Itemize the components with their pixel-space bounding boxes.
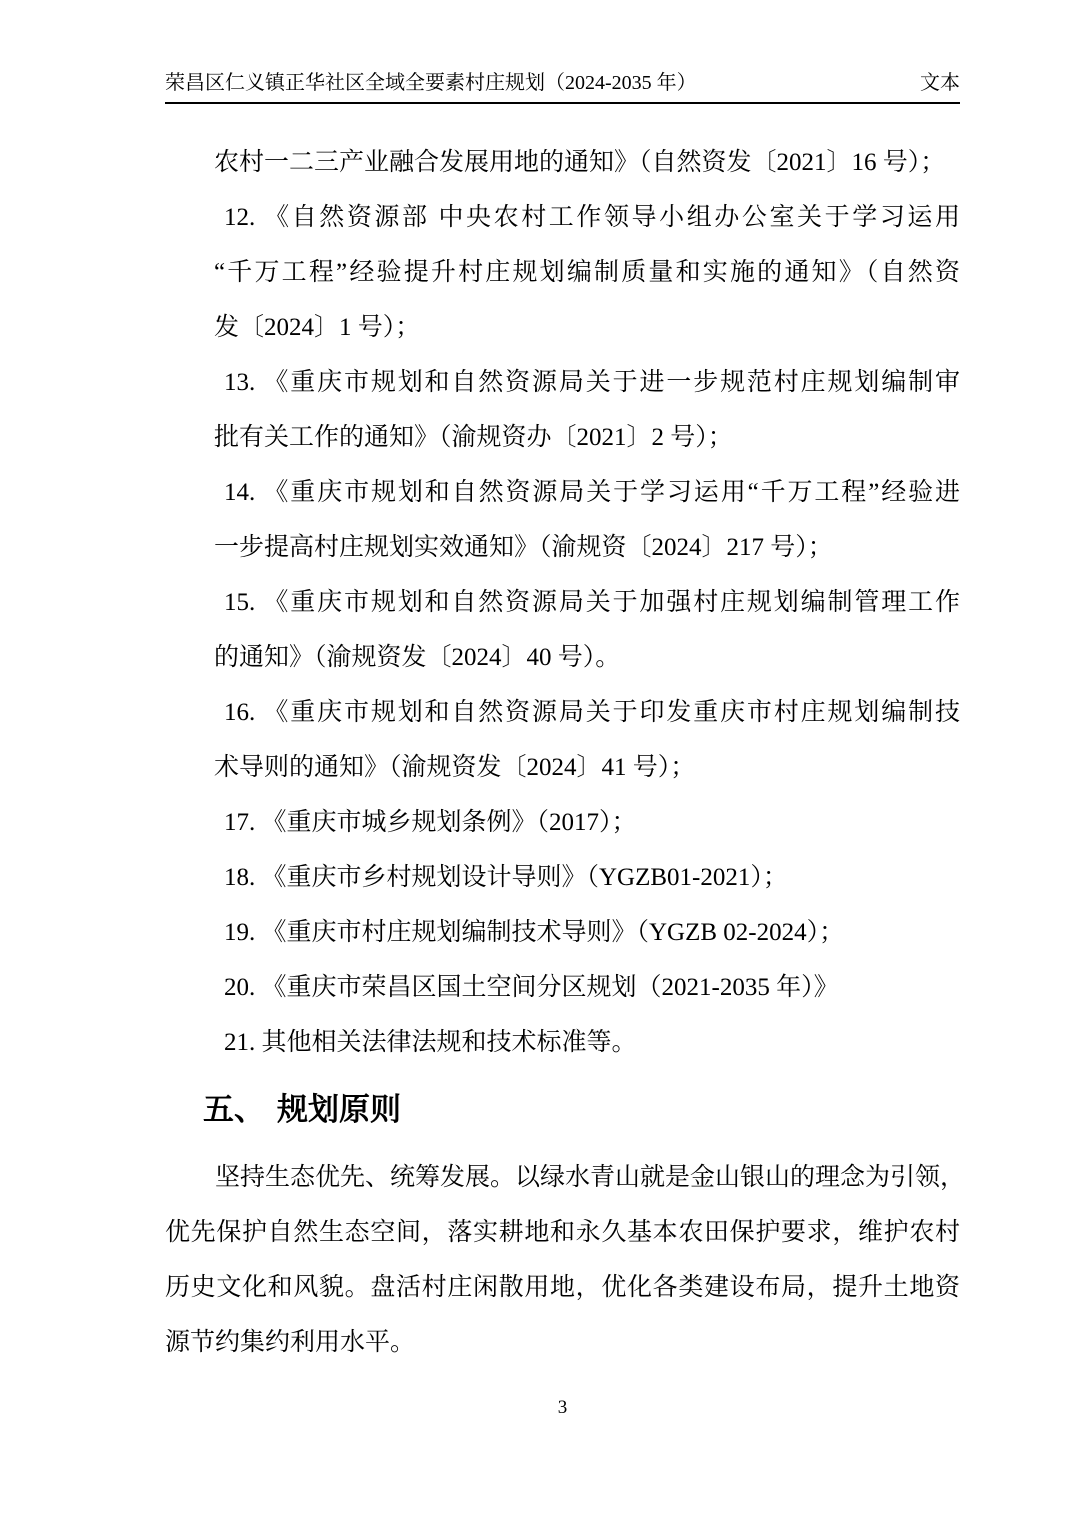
document-page: 荣昌区仁义镇正华社区全域全要素村庄规划（2024-2035 年） 文本 农村一二…: [0, 0, 1074, 1520]
text-line: 术导则的通知》（渝规资发〔2024〕41 号）；: [214, 740, 960, 795]
text-line: 13. 《重庆市规划和自然资源局关于进一步规范村庄规划编制审: [214, 355, 960, 410]
page-header: 荣昌区仁义镇正华社区全域全要素村庄规划（2024-2035 年） 文本: [165, 70, 960, 104]
text-line: 19. 《重庆市村庄规划编制技术导则》（YGZB 02-2024）；: [214, 905, 960, 960]
section-heading: 五、规划原则: [203, 1070, 960, 1150]
text-line: 坚持生态优先、统筹发展。以绿水青山就是金山银山的理念为引领，: [165, 1150, 960, 1205]
text-line: 12. 《自然资源部 中央农村工作领导小组办公室关于学习运用: [214, 190, 960, 245]
text-line: “千万工程”经验提升村庄规划编制质量和实施的通知》（自然资: [214, 245, 960, 300]
text-line: 14. 《重庆市规划和自然资源局关于学习运用“千万工程”经验进: [214, 465, 960, 520]
document-lines: 农村一二三产业融合发展用地的通知》（自然资发〔2021〕16 号）；12. 《自…: [165, 135, 960, 1370]
text-line: 21. 其他相关法律法规和技术标准等。: [214, 1015, 960, 1070]
text-line: 历史文化和风貌。盘活村庄闲散用地，优化各类建设布局，提升土地资: [165, 1260, 960, 1315]
text-line: 源节约集约利用水平。: [165, 1315, 960, 1370]
text-line: 一步提高村庄规划实效通知》（渝规资〔2024〕217 号）；: [214, 520, 960, 575]
text-line: 17. 《重庆市城乡规划条例》（2017）；: [214, 795, 960, 850]
text-line: 18. 《重庆市乡村规划设计导则》（YGZB01-2021）；: [214, 850, 960, 905]
text-line: 20. 《重庆市荣昌区国土空间分区规划（2021-2035 年）》: [214, 960, 960, 1015]
text-line: 的通知》（渝规资发〔2024〕40 号）。: [214, 630, 960, 685]
text-line: 农村一二三产业融合发展用地的通知》（自然资发〔2021〕16 号）；: [214, 135, 960, 190]
document-body: 农村一二三产业融合发展用地的通知》（自然资发〔2021〕16 号）；12. 《自…: [165, 135, 960, 1370]
header-doc-type-label: 文本: [920, 70, 960, 96]
header-title: 荣昌区仁义镇正华社区全域全要素村庄规划（2024-2035 年）: [165, 70, 697, 96]
page-footer: 3: [165, 1396, 960, 1420]
heading-number: 五、: [203, 1092, 265, 1127]
text-line: 批有关工作的通知》（渝规资办〔2021〕2 号）；: [214, 410, 960, 465]
text-line: 15. 《重庆市规划和自然资源局关于加强村庄规划编制管理工作: [214, 575, 960, 630]
text-line: 16. 《重庆市规划和自然资源局关于印发重庆市村庄规划编制技: [214, 685, 960, 740]
text-line: 优先保护自然生态空间，落实耕地和永久基本农田保护要求，维护农村: [165, 1205, 960, 1260]
text-line: 发〔2024〕1 号）；: [214, 300, 960, 355]
page-number: 3: [558, 1397, 568, 1418]
heading-text: 规划原则: [277, 1092, 401, 1127]
